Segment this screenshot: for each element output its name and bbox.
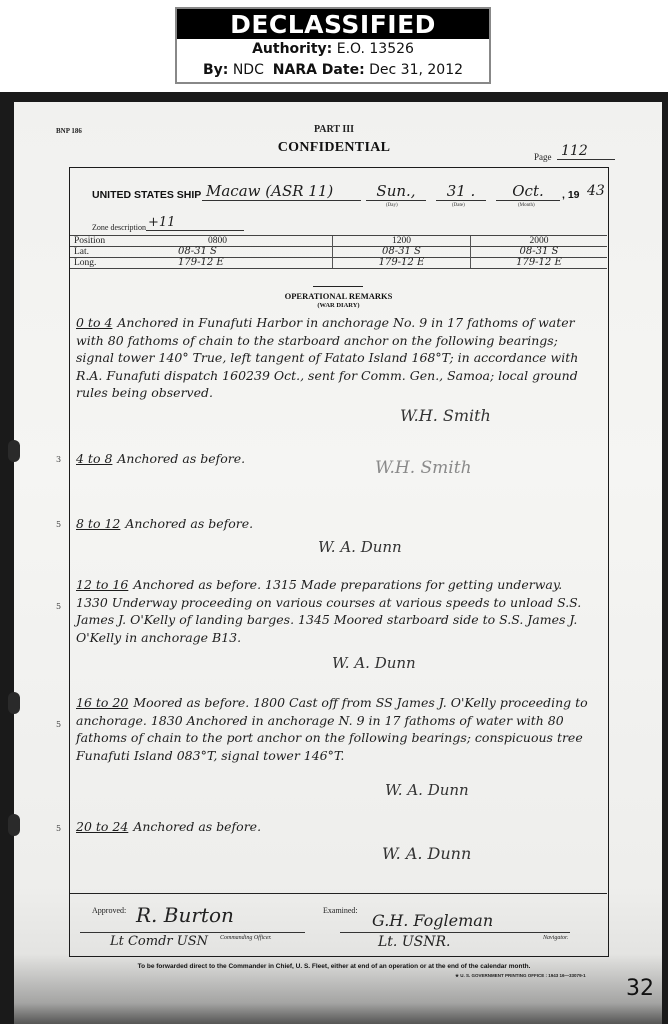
date-caption: (Date) [452,203,465,208]
commanding-officer-signature: R. Burton [136,903,234,927]
long-0800: 179-12 E [138,258,333,269]
watch-period: 8 to 12 [76,516,120,531]
time-1200-header: 1200 [333,236,471,247]
stamp-by: By: NDC NARA Date: Dec 31, 2012 [177,60,489,81]
lat-0800: 08-31 S [138,247,333,258]
navigator-rank: Lt. USNR. [378,934,450,950]
watch-period: 4 to 8 [76,451,112,466]
entry-text: Moored as before. 1800 Cast off from SS … [76,695,588,763]
part-heading: PART III [0,124,668,135]
stamp-title: DECLASSIFIED [177,9,489,39]
officer-signature: W. A. Dunn [382,844,471,863]
diary-entry: 12 to 16Anchored as before. 1315 Made pr… [76,576,596,646]
entry-text: Anchored as before. [117,451,245,466]
margin-note: 5 [56,520,61,529]
diary-entry: 16 to 20Moored as before. 1800 Cast off … [76,694,596,764]
watch-period: 20 to 24 [76,819,128,834]
month-caption: (Month) [518,203,535,208]
navigator-signature: G.H. Fogleman [372,911,493,930]
position-header: Position [70,236,138,247]
officer-signature: W.H. Smith [375,458,472,478]
navigator-signature-line [340,932,570,933]
entry-text: Anchored as before. 1315 Made preparatio… [76,577,581,645]
binder-hole [8,692,20,714]
position-table: Position 0800 1200 2000 Lat. 08-31 S 08-… [70,235,607,269]
section-divider [313,286,363,287]
margin-note: 5 [56,824,61,833]
examined-label: Examined: [323,906,358,915]
forwarding-instruction: To be forwarded direct to the Commander … [0,963,668,970]
stamp-authority: Authority: E.O. 13526 [177,39,489,60]
approval-divider [70,893,607,894]
position-header-row: Position 0800 1200 2000 [70,236,607,247]
ship-name: Macaw (ASR 11) [202,182,361,201]
remarks-subtitle: (WAR DIARY) [70,302,607,309]
commanding-officer-signature-line [80,932,305,933]
zone-value: +11 [146,215,244,231]
watch-period: 16 to 20 [76,695,128,710]
margin-note: 3 [56,455,61,464]
binder-hole [8,440,20,462]
entry-text: Anchored as before. [133,819,261,834]
lat-label: Lat. [70,247,138,258]
page-label: Page [534,152,552,162]
commanding-officer-rank: Lt Comdr USN [110,934,208,949]
navigator-label: Navigator. [543,935,568,941]
officer-signature: W. A. Dunn [385,781,469,799]
month-field: Oct. [496,182,560,201]
officer-signature: W. A. Dunn [318,538,402,556]
ship-label: UNITED STATES SHIP [92,189,201,201]
long-label: Long. [70,258,138,269]
officer-signature: W.H. Smith [400,406,491,425]
longitude-row: Long. 179-12 E 179-12 E 179-12 E [70,258,607,269]
sheet-number: 32 [626,976,654,1001]
watch-period: 12 to 16 [76,577,128,592]
day-caption: (Day) [386,203,398,208]
diary-entry: 8 to 12Anchored as before. [76,515,596,533]
diary-entry: 0 to 4Anchored in Funafuti Harbor in anc… [76,314,596,402]
page-number: 112 [557,143,615,160]
remarks-title: OPERATIONAL REMARKS [70,291,607,301]
year-suffix: 43 [587,183,605,199]
margin-note: 5 [56,720,61,729]
day-field: Sun., [366,182,426,201]
approved-label: Approved: [92,906,126,915]
long-2000: 179-12 E [470,258,607,269]
lat-2000: 08-31 S [470,247,607,258]
entry-text: Anchored in Funafuti Harbor in anchorage… [76,315,578,400]
binder-hole [8,814,20,836]
long-1200: 179-12 E [333,258,471,269]
entry-text: Anchored as before. [125,516,253,531]
latitude-row: Lat. 08-31 S 08-31 S 08-31 S [70,247,607,258]
printing-office-imprint: ★ U. S. GOVERNMENT PRINTING OFFICE : 194… [455,973,586,979]
diary-entry: 20 to 24Anchored as before. [76,818,596,836]
zone-label: Zone description [92,223,146,232]
date-field: 31 . [436,182,486,201]
margin-note: 5 [56,602,61,611]
commanding-officer-label: Commanding Officer. [220,935,272,941]
time-2000-header: 2000 [470,236,607,247]
lat-1200: 08-31 S [333,247,471,258]
diary-entry: 4 to 8Anchored as before. [76,450,596,468]
watch-period: 0 to 4 [76,315,112,330]
time-0800-header: 0800 [138,236,333,247]
year-prefix: , 19 [562,189,580,201]
war-diary-form: UNITED STATES SHIP Macaw (ASR 11) Sun., … [69,167,609,957]
officer-signature: W. A. Dunn [332,654,416,672]
declassified-stamp: DECLASSIFIED Authority: E.O. 13526 By: N… [175,7,491,84]
